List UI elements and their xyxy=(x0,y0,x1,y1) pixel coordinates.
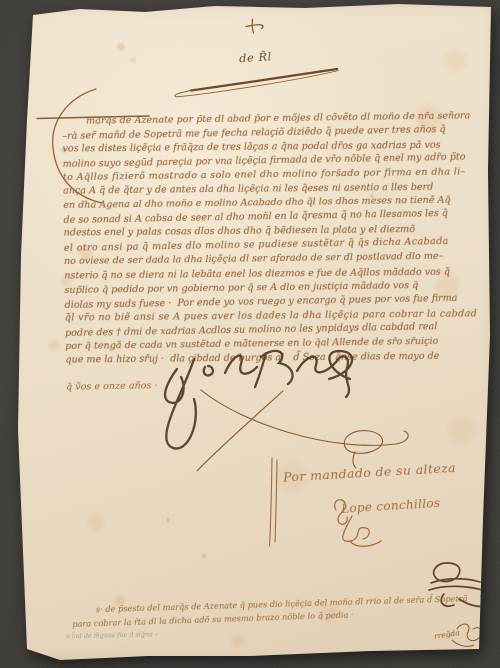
secretary-paraph xyxy=(335,500,381,547)
manuscript-page: de R̃l marq̃s de Azenate por p̃te dl aba… xyxy=(0,0,500,668)
royal-signature-rubric xyxy=(165,351,352,449)
registration-squiggle xyxy=(452,624,481,646)
manuscript-scan: de R̃l marq̃s de Azenate por p̃te dl aba… xyxy=(0,0,500,668)
calderon-bracket xyxy=(37,89,149,203)
heading-flourish xyxy=(175,69,339,97)
ink-strokes xyxy=(0,0,500,668)
knot-flourish xyxy=(429,563,492,606)
paper-shadow-wrap: de R̃l marq̃s de Azenate por p̃te dl aba… xyxy=(0,0,500,668)
refrendo-descender-strokes xyxy=(270,458,278,546)
invocation-cross-icon xyxy=(246,20,263,34)
royal-signature-flourishes xyxy=(197,390,408,471)
